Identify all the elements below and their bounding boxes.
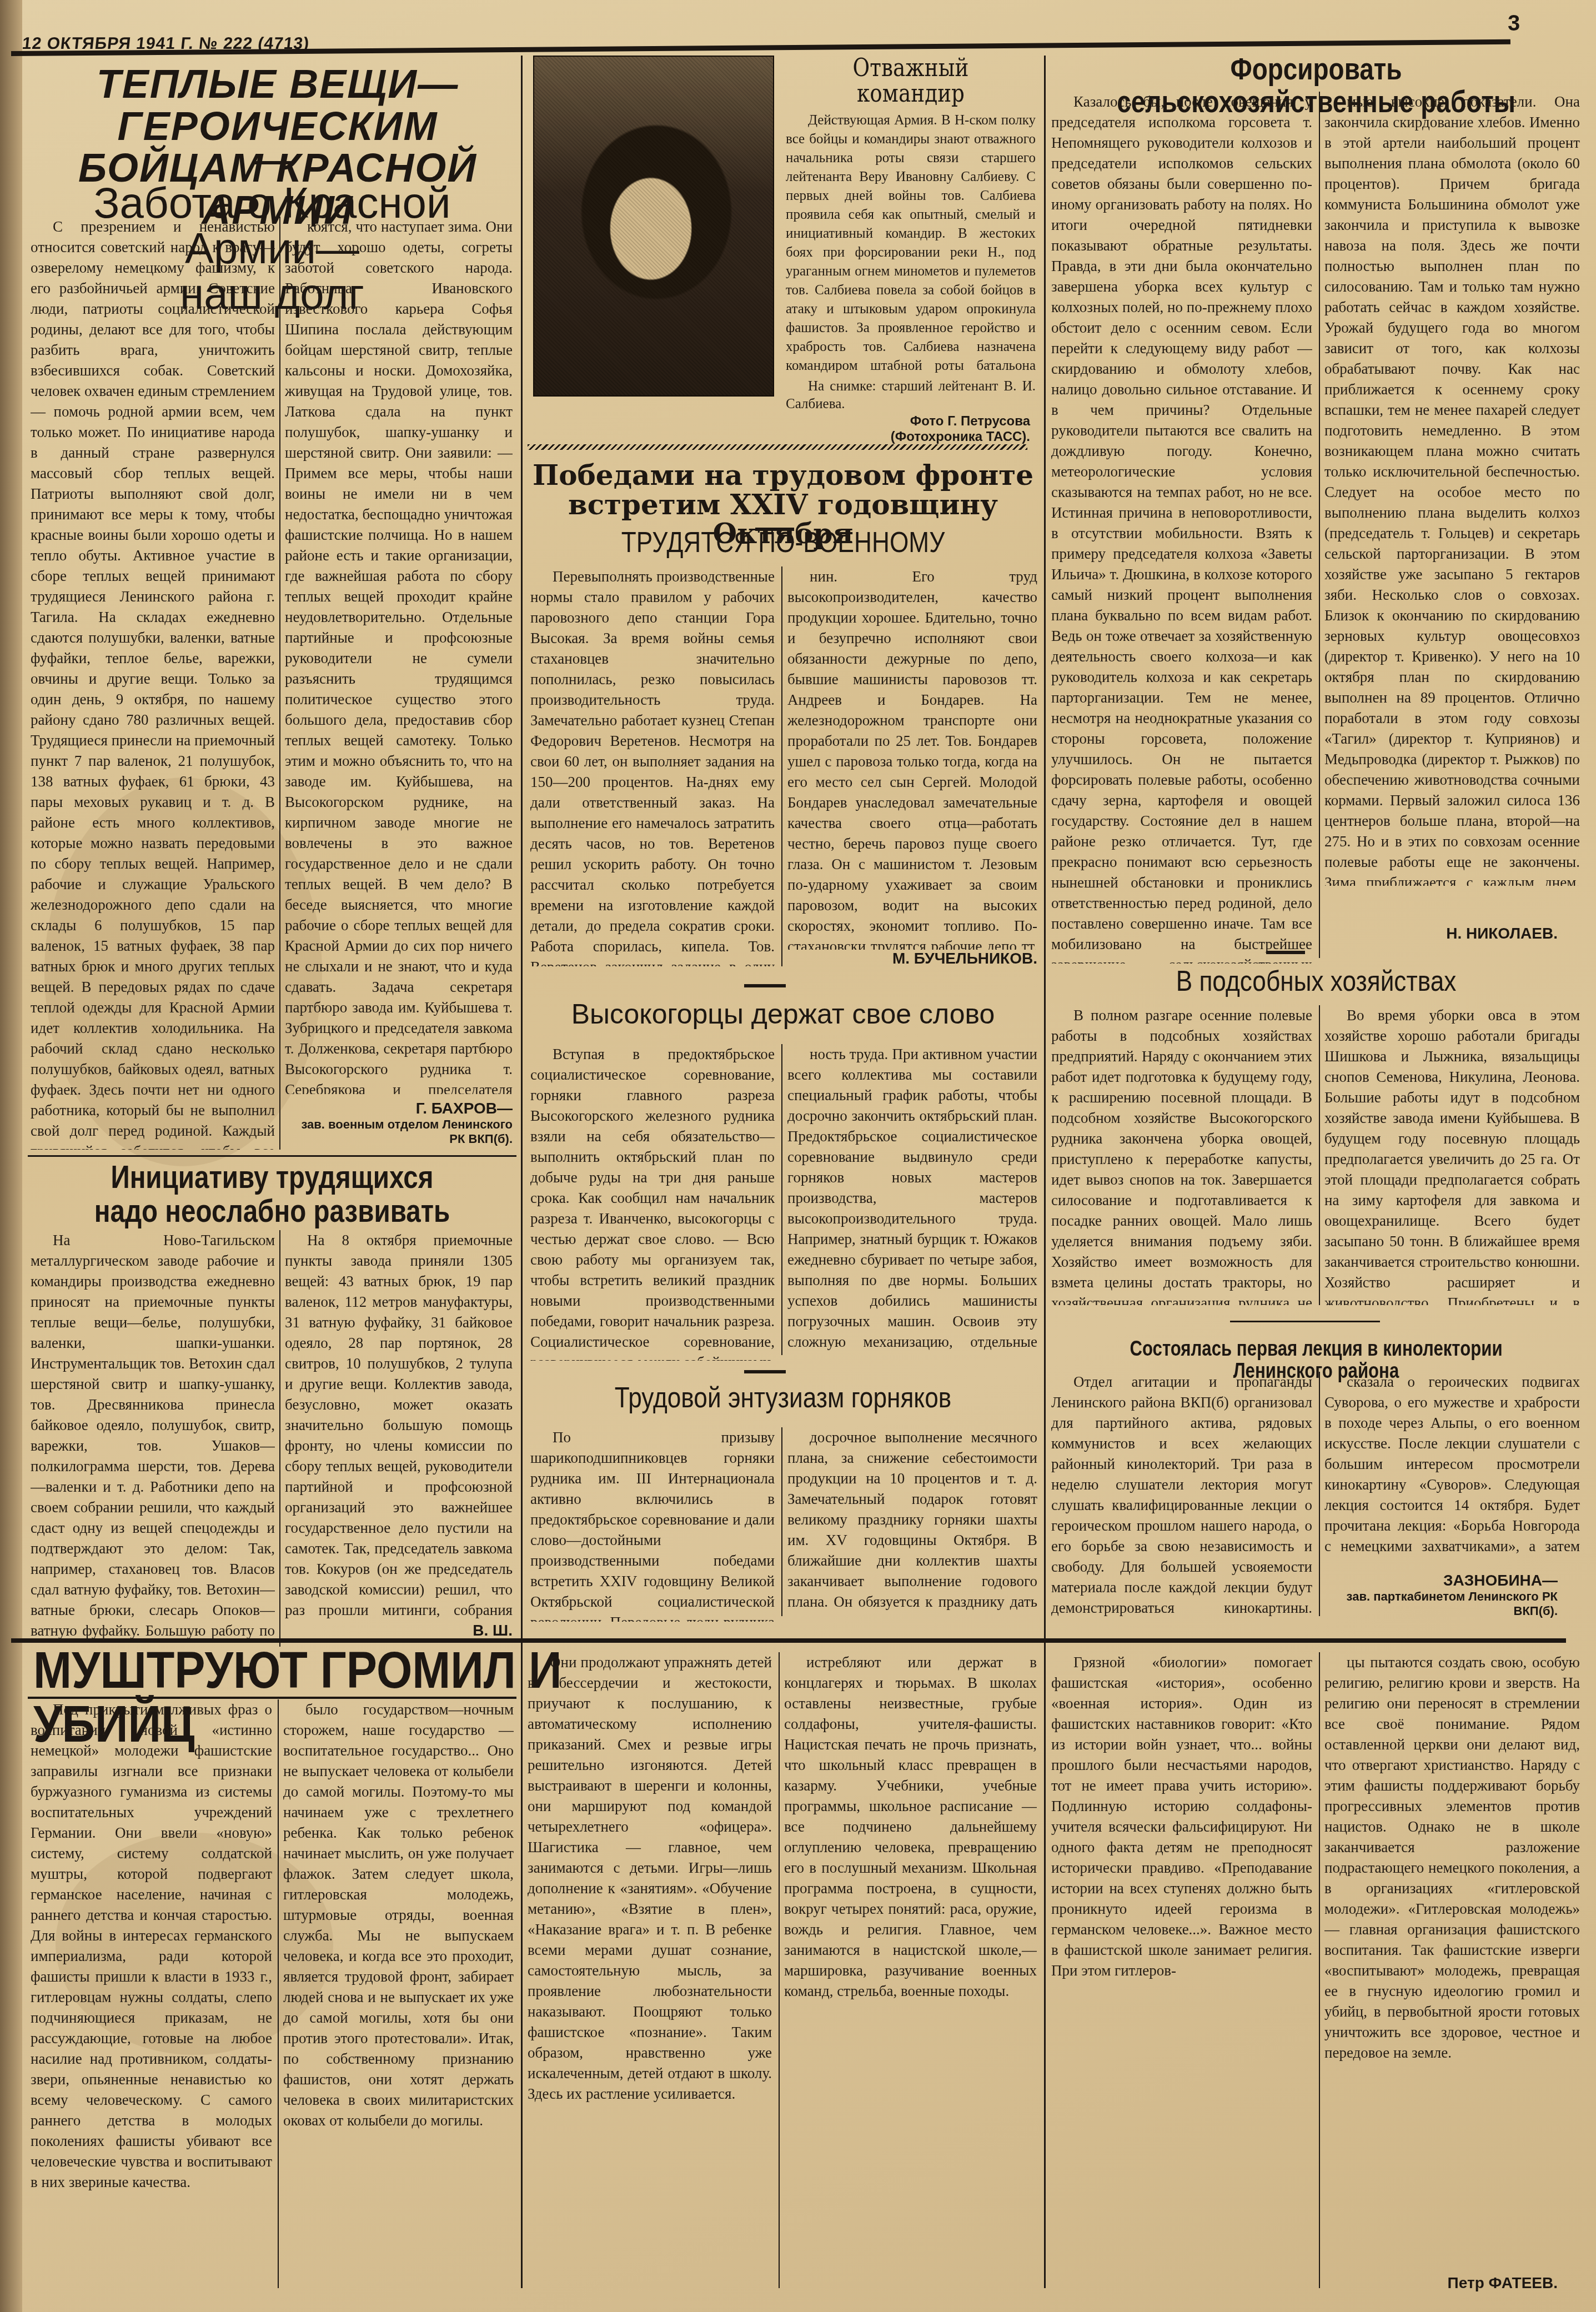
- credit-line-1: Фото Г. Петрусова: [786, 414, 1030, 429]
- byline-vsh: В. Ш.: [285, 1622, 513, 1639]
- rubric-line-1: Победами на трудовом фронте: [528, 461, 1038, 490]
- article-text: В полном разгаре осенние полевые работы …: [1051, 1005, 1312, 1305]
- credit-line-2: (Фотохроника ТАСС).: [786, 429, 1030, 445]
- caption-text: На снимке: старший лейтенант В. И. Салби…: [786, 378, 1036, 413]
- article-subsidiary-col-2: Во время уборки овса в этом хозяйстве хо…: [1324, 1005, 1580, 1305]
- headline-initiative: Инициативу трудящихся надо неослабно раз…: [67, 1161, 477, 1228]
- headline-line-1: Отважный: [807, 56, 1015, 81]
- wavy-rule: [528, 444, 1027, 450]
- column-divider: [781, 1427, 782, 1616]
- article-text: На Ново-Тагильском металлургическом заво…: [31, 1230, 275, 1641]
- author-name: Г. БАХРОВ—: [285, 1100, 513, 1117]
- article-subsidiary-col-1: В полном разгаре осенние полевые работы …: [1051, 1005, 1312, 1305]
- article-agriculture-col-2: мые высокие показатели. Она закончила ск…: [1324, 92, 1580, 886]
- byline-bakhrov: Г. БАХРОВ— зав. военным отделом Ленинско…: [285, 1100, 513, 1146]
- headline-military-work: ТРУДЯТСЯ ПО-ВОЕННОМУ: [566, 528, 1000, 558]
- article-care-col-1: С презрением и ненавистью относится сове…: [31, 217, 275, 1150]
- column-divider: [1319, 92, 1320, 958]
- article-thugs-col-3: Они продолжают упражнять детей в бессерд…: [528, 1652, 772, 2288]
- article-military-col-2: нин. Его труд высокопроизводителен, каче…: [787, 566, 1037, 950]
- separator: [1266, 951, 1305, 954]
- article-agriculture-col-1: Казалось бы, после совещания у председат…: [1051, 92, 1312, 964]
- byline-buchelnikov: М. БУЧЕЛЬНИКОВ.: [787, 950, 1037, 967]
- article-enthusiasm-col-2: досрочное выполнение месячного плана, за…: [787, 1427, 1037, 1616]
- article-enthusiasm-col-1: По призыву шарикоподшипниковцев горняки …: [530, 1427, 775, 1622]
- article-thugs-col-6: цы пытаются создать свою, особую религию…: [1324, 1652, 1580, 2258]
- article-brave-body: Действующая Армия. В Н-ском полку все бо…: [786, 111, 1036, 378]
- article-initiative-col-2: На 8 октября приемочные пункты завода пр…: [285, 1230, 513, 1619]
- photo-caption: На снимке: старший лейтенант В. И. Салби…: [786, 378, 1036, 417]
- article-text: Перевыполнять производственные нормы ста…: [530, 566, 775, 966]
- headline-line-2: надо неослабно развивать: [67, 1195, 477, 1228]
- ornament-rule: [1230, 1321, 1380, 1322]
- headline-enthusiasm: Трудовой энтузиазм горняков: [566, 1383, 1000, 1413]
- column-divider: [279, 217, 280, 1150]
- article-text: С презрением и ненавистью относится сове…: [31, 217, 275, 1150]
- rubric-line-1: ТЕПЛЫЕ ВЕЩИ—ГЕРОИЧЕСКИМ: [44, 64, 511, 148]
- headline-brave-commander: Отважный командир: [807, 56, 1015, 107]
- author-title: зав. парткабинетом Ленинского РК ВКП(б).: [1324, 1589, 1558, 1618]
- byline-fateev: Петр ФАТЕЕВ.: [1324, 2274, 1558, 2292]
- column-divider: [781, 566, 782, 966]
- column-divider: [1044, 56, 1046, 1655]
- article-text: досрочное выполнение месячного плана, за…: [787, 1427, 1037, 1616]
- article-initiative-col-1: На Ново-Тагильском металлургическом заво…: [31, 1230, 275, 1641]
- column-divider: [521, 56, 523, 1655]
- page-number: 3: [1508, 11, 1520, 36]
- article-text: Грязной «биологии» помогает фашистская «…: [1051, 1652, 1312, 1981]
- article-text: Вступая в предоктябрьское социалистическ…: [530, 1044, 775, 1361]
- article-military-col-1: Перевыполнять производственные нормы ста…: [530, 566, 775, 966]
- headline-vysokogortsy: Высокогорцы держат свое слово: [528, 1000, 1038, 1029]
- article-text: коятся, что наступает зима. Они будут хо…: [285, 217, 513, 1094]
- headline-line-1: Инициативу трудящихся: [67, 1161, 477, 1195]
- page-binding-edge: [0, 0, 22, 2312]
- column-divider: [779, 1652, 780, 2288]
- column-divider: [1319, 1652, 1320, 2288]
- separator: [744, 984, 786, 987]
- article-care-col-2: коятся, что наступает зима. Они будут хо…: [285, 217, 513, 1094]
- section-rule: [28, 1155, 516, 1157]
- article-text: ность труда. При активном участии всего …: [787, 1044, 1037, 1355]
- byline-zaznobina: ЗАЗНОБИНА— зав. парткабинетом Ленинского…: [1324, 1572, 1558, 1618]
- article-lecture-col-1: Отдел агитации и пропаганды Ленинского р…: [1051, 1372, 1312, 1616]
- article-text: Под прикрытием лживых фраз о воспитании …: [31, 1699, 272, 2193]
- article-text: На 8 октября приемочные пункты завода пр…: [285, 1230, 513, 1619]
- article-text: По призыву шарикоподшипниковцев горняки …: [530, 1427, 775, 1622]
- newspaper-page: 12 ОКТЯБРЯ 1941 Г. № 222 (4713) 3 ТЕПЛЫЕ…: [0, 0, 1596, 2312]
- article-thugs-col-1: Под прикрытием лживых фраз о воспитании …: [31, 1699, 272, 2288]
- article-text: мые высокие показатели. Она закончила ск…: [1324, 92, 1580, 886]
- column-divider: [1319, 1005, 1320, 1305]
- article-thugs-col-5: Грязной «биологии» помогает фашистская «…: [1051, 1652, 1312, 2288]
- article-text: Действующая Армия. В Н-ском полку все бо…: [786, 111, 1036, 378]
- article-text: было государством—ночным сторожем, наше …: [283, 1699, 514, 2131]
- article-text: Отдел агитации и пропаганды Ленинского р…: [1051, 1372, 1312, 1616]
- author-name: ЗАЗНОБИНА—: [1324, 1572, 1558, 1589]
- column-divider: [1044, 1644, 1046, 2288]
- article-thugs-col-4: истребляют или держат в концлагерях и тю…: [784, 1652, 1037, 2288]
- author-title: зав. военным отделом Ленинского РК ВКП(б…: [285, 1117, 513, 1146]
- column-divider: [1319, 1372, 1320, 1616]
- column-divider: [279, 1230, 280, 1647]
- separator: [253, 161, 292, 164]
- article-thugs-col-2: было государством—ночным сторожем, наше …: [283, 1699, 514, 2288]
- article-vysokogortsy-col-1: Вступая в предоктябрьское социалистическ…: [530, 1044, 775, 1361]
- column-divider: [278, 1699, 279, 2288]
- article-text: сказала о героических подвигах Суворова,…: [1324, 1372, 1580, 1561]
- article-text: Казалось бы, после совещания у председат…: [1051, 92, 1312, 964]
- article-text: цы пытаются создать свою, особую религию…: [1324, 1652, 1580, 2063]
- photo-credit: Фото Г. Петрусова (Фотохроника ТАСС).: [786, 414, 1030, 445]
- column-divider: [521, 1644, 523, 2288]
- headline-subsidiary-farms: В подсобных хозяйствах: [1090, 966, 1543, 997]
- article-text: Они продолжают упражнять детей в бессерд…: [528, 1652, 772, 2104]
- byline-nikolaev: Н. НИКОЛАЕВ.: [1324, 925, 1558, 942]
- article-lecture-col-2: сказала о героических подвигах Суворова,…: [1324, 1372, 1580, 1561]
- headline-underline: [28, 1697, 516, 1699]
- photo-salbieva: [533, 56, 774, 397]
- headline-line-2: командир: [807, 81, 1015, 107]
- article-text: нин. Его труд высокопроизводителен, каче…: [787, 566, 1037, 950]
- column-divider: [781, 1044, 782, 1355]
- article-text: истребляют или держат в концлагерях и тю…: [784, 1652, 1037, 2002]
- separator: [744, 1370, 786, 1373]
- article-text: Во время уборки овса в этом хозяйстве хо…: [1324, 1005, 1580, 1305]
- article-vysokogortsy-col-2: ность труда. При активном участии всего …: [787, 1044, 1037, 1355]
